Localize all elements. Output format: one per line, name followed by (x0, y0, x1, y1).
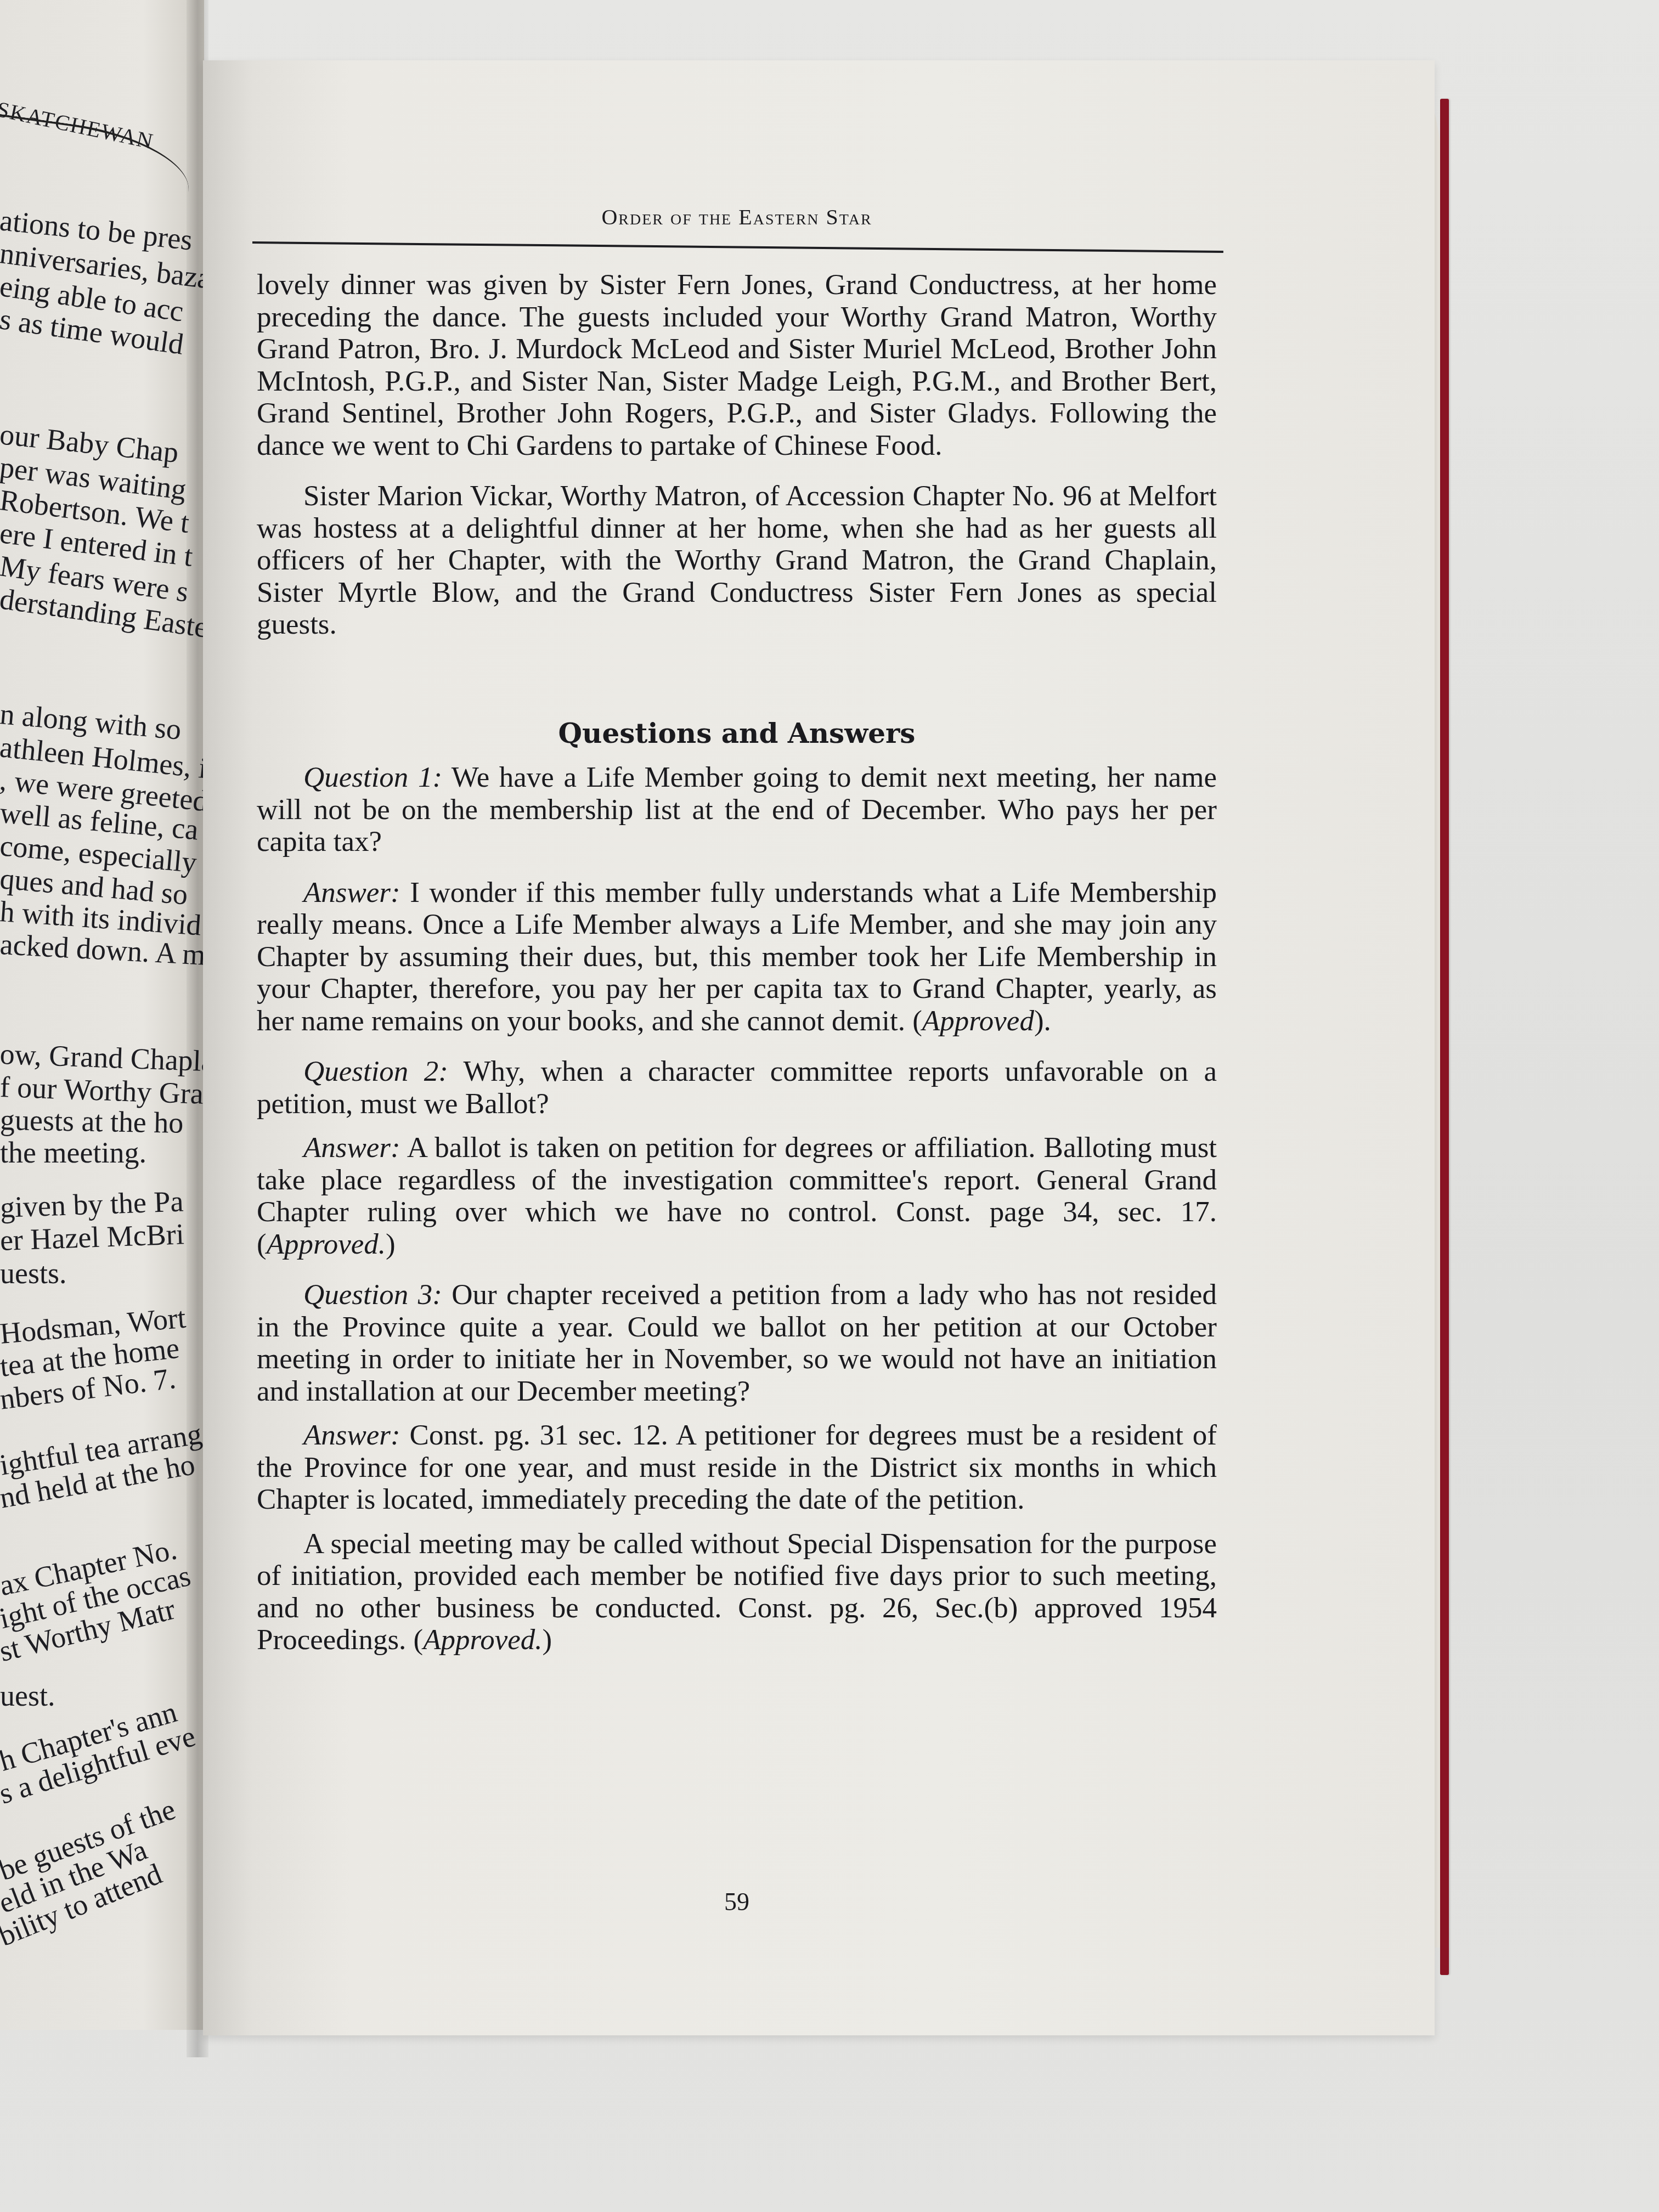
answer-3-followup: A special meeting may be called without … (257, 1528, 1217, 1656)
page-body: lovely dinner was given by Sister Fern J… (257, 269, 1217, 1656)
answer-3: Answer: Const. pg. 31 sec. 12. A petitio… (257, 1419, 1217, 1516)
question-2: Question 2: Why, when a character commit… (257, 1056, 1217, 1120)
followup-text: A special meeting may be called without … (257, 1528, 1217, 1656)
question-1: Question 1: We have a Life Member going … (257, 761, 1217, 858)
paragraph-melfort: Sister Marion Vickar, Worthy Matron, of … (257, 480, 1217, 641)
answer-label: Answer: (303, 1132, 400, 1164)
paragraph-dinner: lovely dinner was given by Sister Fern J… (257, 269, 1217, 461)
approved-note: Approved. (423, 1624, 542, 1656)
question-label: Question 3: (303, 1279, 442, 1311)
section-title: Questions and Answers (257, 718, 1217, 750)
answer-text: Const. pg. 31 sec. 12. A petitioner for … (257, 1419, 1217, 1515)
approved-note: Approved. (267, 1228, 386, 1260)
page-number: 59 (257, 1887, 1217, 1916)
answer-label: Answer: (303, 1419, 400, 1451)
left-page-line: uests. (0, 1256, 67, 1290)
question-label: Question 1: (303, 761, 442, 793)
answer-1: Answer: I wonder if this member fully un… (257, 877, 1217, 1037)
approved-note: Approved (922, 1005, 1034, 1037)
left-page-line: the meeting. (0, 1136, 146, 1170)
left-page-line: guests at the ho (0, 1103, 184, 1140)
red-cover-edge (1440, 99, 1449, 1975)
answer-end: ) (386, 1228, 396, 1260)
left-page-line: uest. (0, 1679, 55, 1713)
answer-end: ) (543, 1624, 552, 1656)
answer-2: Answer: A ballot is taken on petition fo… (257, 1132, 1217, 1260)
answer-end: ). (1034, 1005, 1051, 1037)
running-head: Order of the Eastern Star (257, 204, 1217, 230)
answer-text: A ballot is taken on petition for degree… (257, 1132, 1217, 1260)
left-page-line: er Hazel McBri (0, 1217, 185, 1257)
left-page: SKATCHEWAN ations to be presnniversaries… (0, 0, 204, 2030)
question-3: Question 3: Our chapter received a petit… (257, 1279, 1217, 1407)
answer-label: Answer: (303, 877, 400, 909)
question-label: Question 2: (303, 1056, 448, 1087)
answer-text: I wonder if this member fully understand… (257, 877, 1217, 1037)
